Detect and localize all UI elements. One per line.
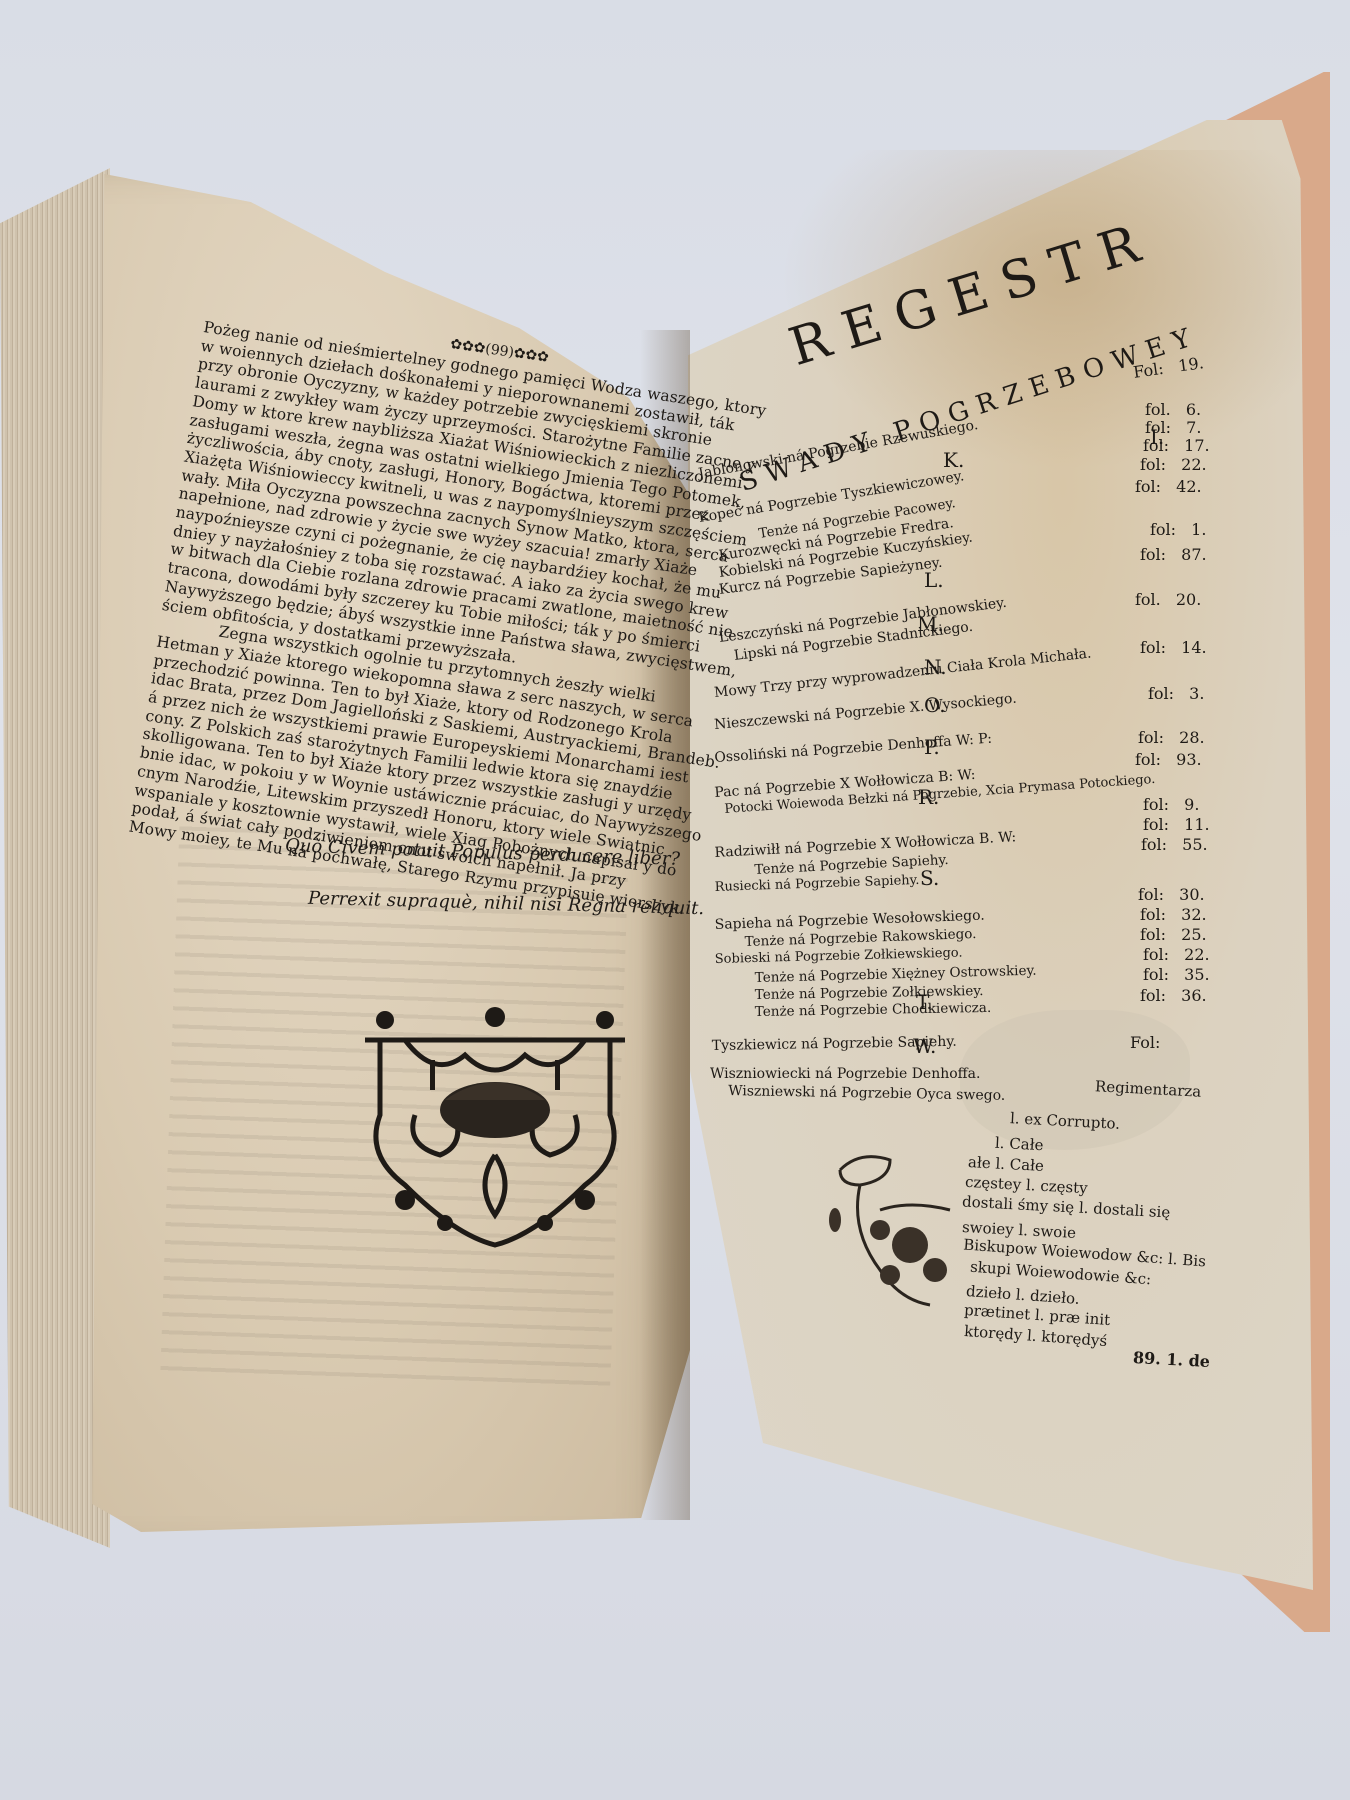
section-letter: W.	[913, 1034, 936, 1058]
section-letter: L.	[924, 568, 944, 592]
folio-ref: fol: 25.	[1140, 925, 1207, 944]
folio-ref: fol: 17.	[1143, 436, 1210, 455]
folio-ref: fol: 1.	[1150, 520, 1206, 539]
section-letter: N.	[924, 655, 947, 679]
section-letter: O.	[924, 693, 946, 717]
folio-ref: fol: 35.	[1143, 965, 1210, 984]
photo-scene: ✿✿✿(99)✿✿✿ Pożeg nanie od nieśmiertelney…	[0, 0, 1350, 1800]
folio-ref: fol: 11.	[1143, 815, 1210, 834]
folio-ref: fol: 87.	[1140, 545, 1207, 564]
section-letter: M.	[917, 612, 944, 636]
book-fore-edge	[0, 168, 110, 1548]
register-entry: Wiszniowiecki ná Pogrzebie Denhoffa.	[710, 1066, 980, 1082]
section-letter: T.	[916, 990, 933, 1014]
folio-ref: fol: 7.	[1145, 418, 1201, 437]
folio-ref: fol: 22.	[1143, 945, 1210, 964]
signature-catchword: 89. 1. de	[1133, 1348, 1211, 1371]
floral-woodcut-fragment-icon	[820, 1150, 970, 1310]
folio-ref: fol. 20.	[1135, 590, 1201, 609]
folio-ref: Fol:	[1130, 1033, 1160, 1052]
section-letter: P.	[924, 735, 940, 759]
folio-ref: fol: 30.	[1138, 885, 1205, 904]
folio-ref: fol: 32.	[1140, 905, 1207, 924]
folio-ref: fol: 55.	[1141, 835, 1208, 854]
errata-line: l. Całe	[995, 1134, 1044, 1155]
folio-ref: fol. 6.	[1145, 400, 1201, 419]
folio-ref: fol: 42.	[1135, 477, 1202, 496]
folio-ref: fol: 3.	[1148, 684, 1204, 703]
section-letter: S.	[920, 866, 939, 890]
folio-ref: fol: 28.	[1138, 728, 1205, 747]
left-page-body: Pożeg nanie od nieśmiertelney godnego pa…	[128, 318, 670, 905]
folio-ref: fol: 9.	[1143, 795, 1199, 814]
section-letter: R.	[918, 785, 939, 809]
folio-ref: fol: 36.	[1140, 986, 1207, 1005]
folio-ref: fol: 93.	[1135, 750, 1202, 769]
folio-ref: fol: 22.	[1140, 455, 1207, 474]
folio-ref: fol: 14.	[1140, 638, 1207, 657]
woodcut-ornament-icon	[345, 995, 645, 1250]
